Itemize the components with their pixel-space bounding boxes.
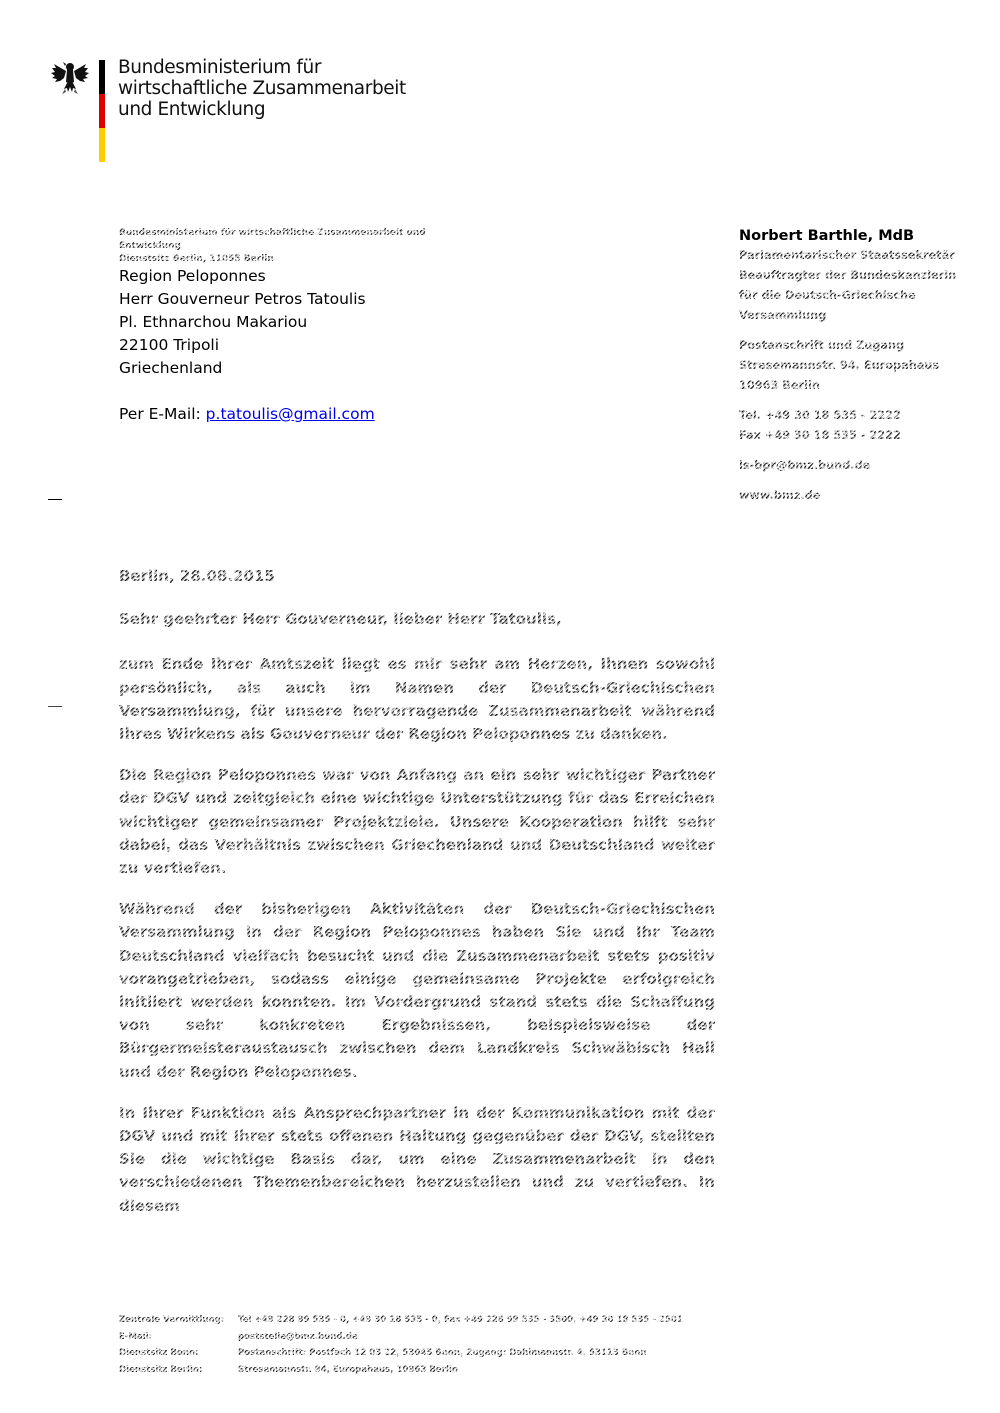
footer-row: Dienstsitz Bonn: Postanschrift: Postfach… [119, 1345, 683, 1362]
footer-label: Dienstsitz Bonn: [119, 1345, 238, 1362]
address-line: 10963 Berlin [739, 376, 969, 396]
letter-paragraph: Während der bisherigen Aktivitäten der D… [119, 898, 715, 1084]
sender-address: Postanschrift und Zugang Stresemannstr. … [739, 336, 969, 396]
sender-email-group: ls-bpr@bmz.bund.de [739, 456, 969, 476]
recipient-line: 22100 Tripoli [119, 334, 375, 357]
sender-tel: Tel. +49 30 18 535 - 2222 [739, 406, 969, 426]
footer-value: Tel +49 228 99 535 - 0, +49 30 18 535 - … [238, 1312, 683, 1329]
sender-phone: Tel. +49 30 18 535 - 2222 Fax +49 30 18 … [739, 406, 969, 446]
letter-paragraph: In Ihrer Funktion als Ansprechpartner in… [119, 1102, 715, 1218]
sender-name: Norbert Barthle, MdB [739, 226, 969, 246]
recipient-email-link[interactable]: p.tatoulis@gmail.com [206, 405, 375, 423]
footer-row: E-Mail: poststelle@bmz.bund.de [119, 1329, 683, 1346]
address-line: Postanschrift und Zugang [739, 336, 969, 356]
recipient-line: Region Peloponnes [119, 265, 375, 288]
sender-return-address: Bundesministerium für wirtschaftliche Zu… [119, 227, 479, 266]
letter-footer: Zentrale Vermittlung: Tel +49 228 99 535… [119, 1312, 683, 1378]
federal-eagle-icon [51, 58, 89, 98]
sender-website: www.bmz.de [739, 486, 969, 506]
recipient-line: Herr Gouverneur Petros Tatoulis [119, 288, 375, 311]
role-line: Versammlung [739, 306, 969, 326]
role-line: Beauftragter der Bundeskanzlerin [739, 266, 969, 286]
footer-label: Zentrale Vermittlung: [119, 1312, 238, 1329]
sender-role: Parlamentarischer Staatssekretär Beauftr… [739, 246, 969, 326]
flag-bar [99, 60, 105, 162]
recipient-address: Region Peloponnes Herr Gouverneur Petros… [119, 265, 375, 426]
letter-date: Berlin, 28.08.2015 [119, 565, 715, 588]
recipient-line: Griechenland [119, 357, 375, 380]
flag-gold [99, 128, 105, 162]
flag-black [99, 60, 105, 94]
footer-row: Zentrale Vermittlung: Tel +49 228 99 535… [119, 1312, 683, 1329]
letter-salutation: Sehr geehrter Herr Gouverneur, lieber He… [119, 608, 715, 631]
sender-email: ls-bpr@bmz.bund.de [739, 456, 969, 476]
letter-paragraph: zum Ende Ihrer Amtszeit liegt es mir seh… [119, 653, 715, 746]
footer-label: Dienstsitz Berlin: [119, 1362, 238, 1379]
sender-fax: Fax +49 30 18 535 - 2222 [739, 426, 969, 446]
footer-value: Stresemannstr. 94, Europahaus, 10963 Ber… [238, 1362, 458, 1379]
footer-value: poststelle@bmz.bund.de [238, 1329, 358, 1346]
footer-label: E-Mail: [119, 1329, 238, 1346]
footer-value: Postanschrift: Postfach 12 03 22, 53045 … [238, 1345, 647, 1362]
address-line: Stresemannstr. 94, Europahaus [739, 356, 969, 376]
ministry-line: Bundesministerium für [118, 57, 406, 78]
sender-line-1: Bundesministerium für wirtschaftliche Zu… [119, 227, 479, 253]
fold-mark [48, 499, 62, 500]
footer-row: Dienstsitz Berlin: Stresemannstr. 94, Eu… [119, 1362, 683, 1379]
ministry-name: Bundesministerium für wirtschaftliche Zu… [118, 57, 406, 120]
ministry-line: und Entwicklung [118, 99, 406, 120]
email-row: Per E-Mail: p.tatoulis@gmail.com [119, 403, 375, 426]
role-line: Parlamentarischer Staatssekretär [739, 246, 969, 266]
sender-web-group: www.bmz.de [739, 486, 969, 506]
ministry-line: wirtschaftliche Zusammenarbeit [118, 78, 406, 99]
sender-sidebar: Norbert Barthle, MdB Parlamentarischer S… [739, 226, 969, 516]
recipient-line: Pl. Ethnarchou Makariou [119, 311, 375, 334]
flag-red [99, 94, 105, 128]
role-line: für die Deutsch-Griechische [739, 286, 969, 306]
letter-paragraph: Die Region Peloponnes war von Anfang an … [119, 764, 715, 880]
email-label: Per E-Mail: [119, 405, 201, 423]
letter-body: Berlin, 28.08.2015 Sehr geehrter Herr Go… [119, 565, 715, 1236]
fold-mark [48, 706, 62, 707]
